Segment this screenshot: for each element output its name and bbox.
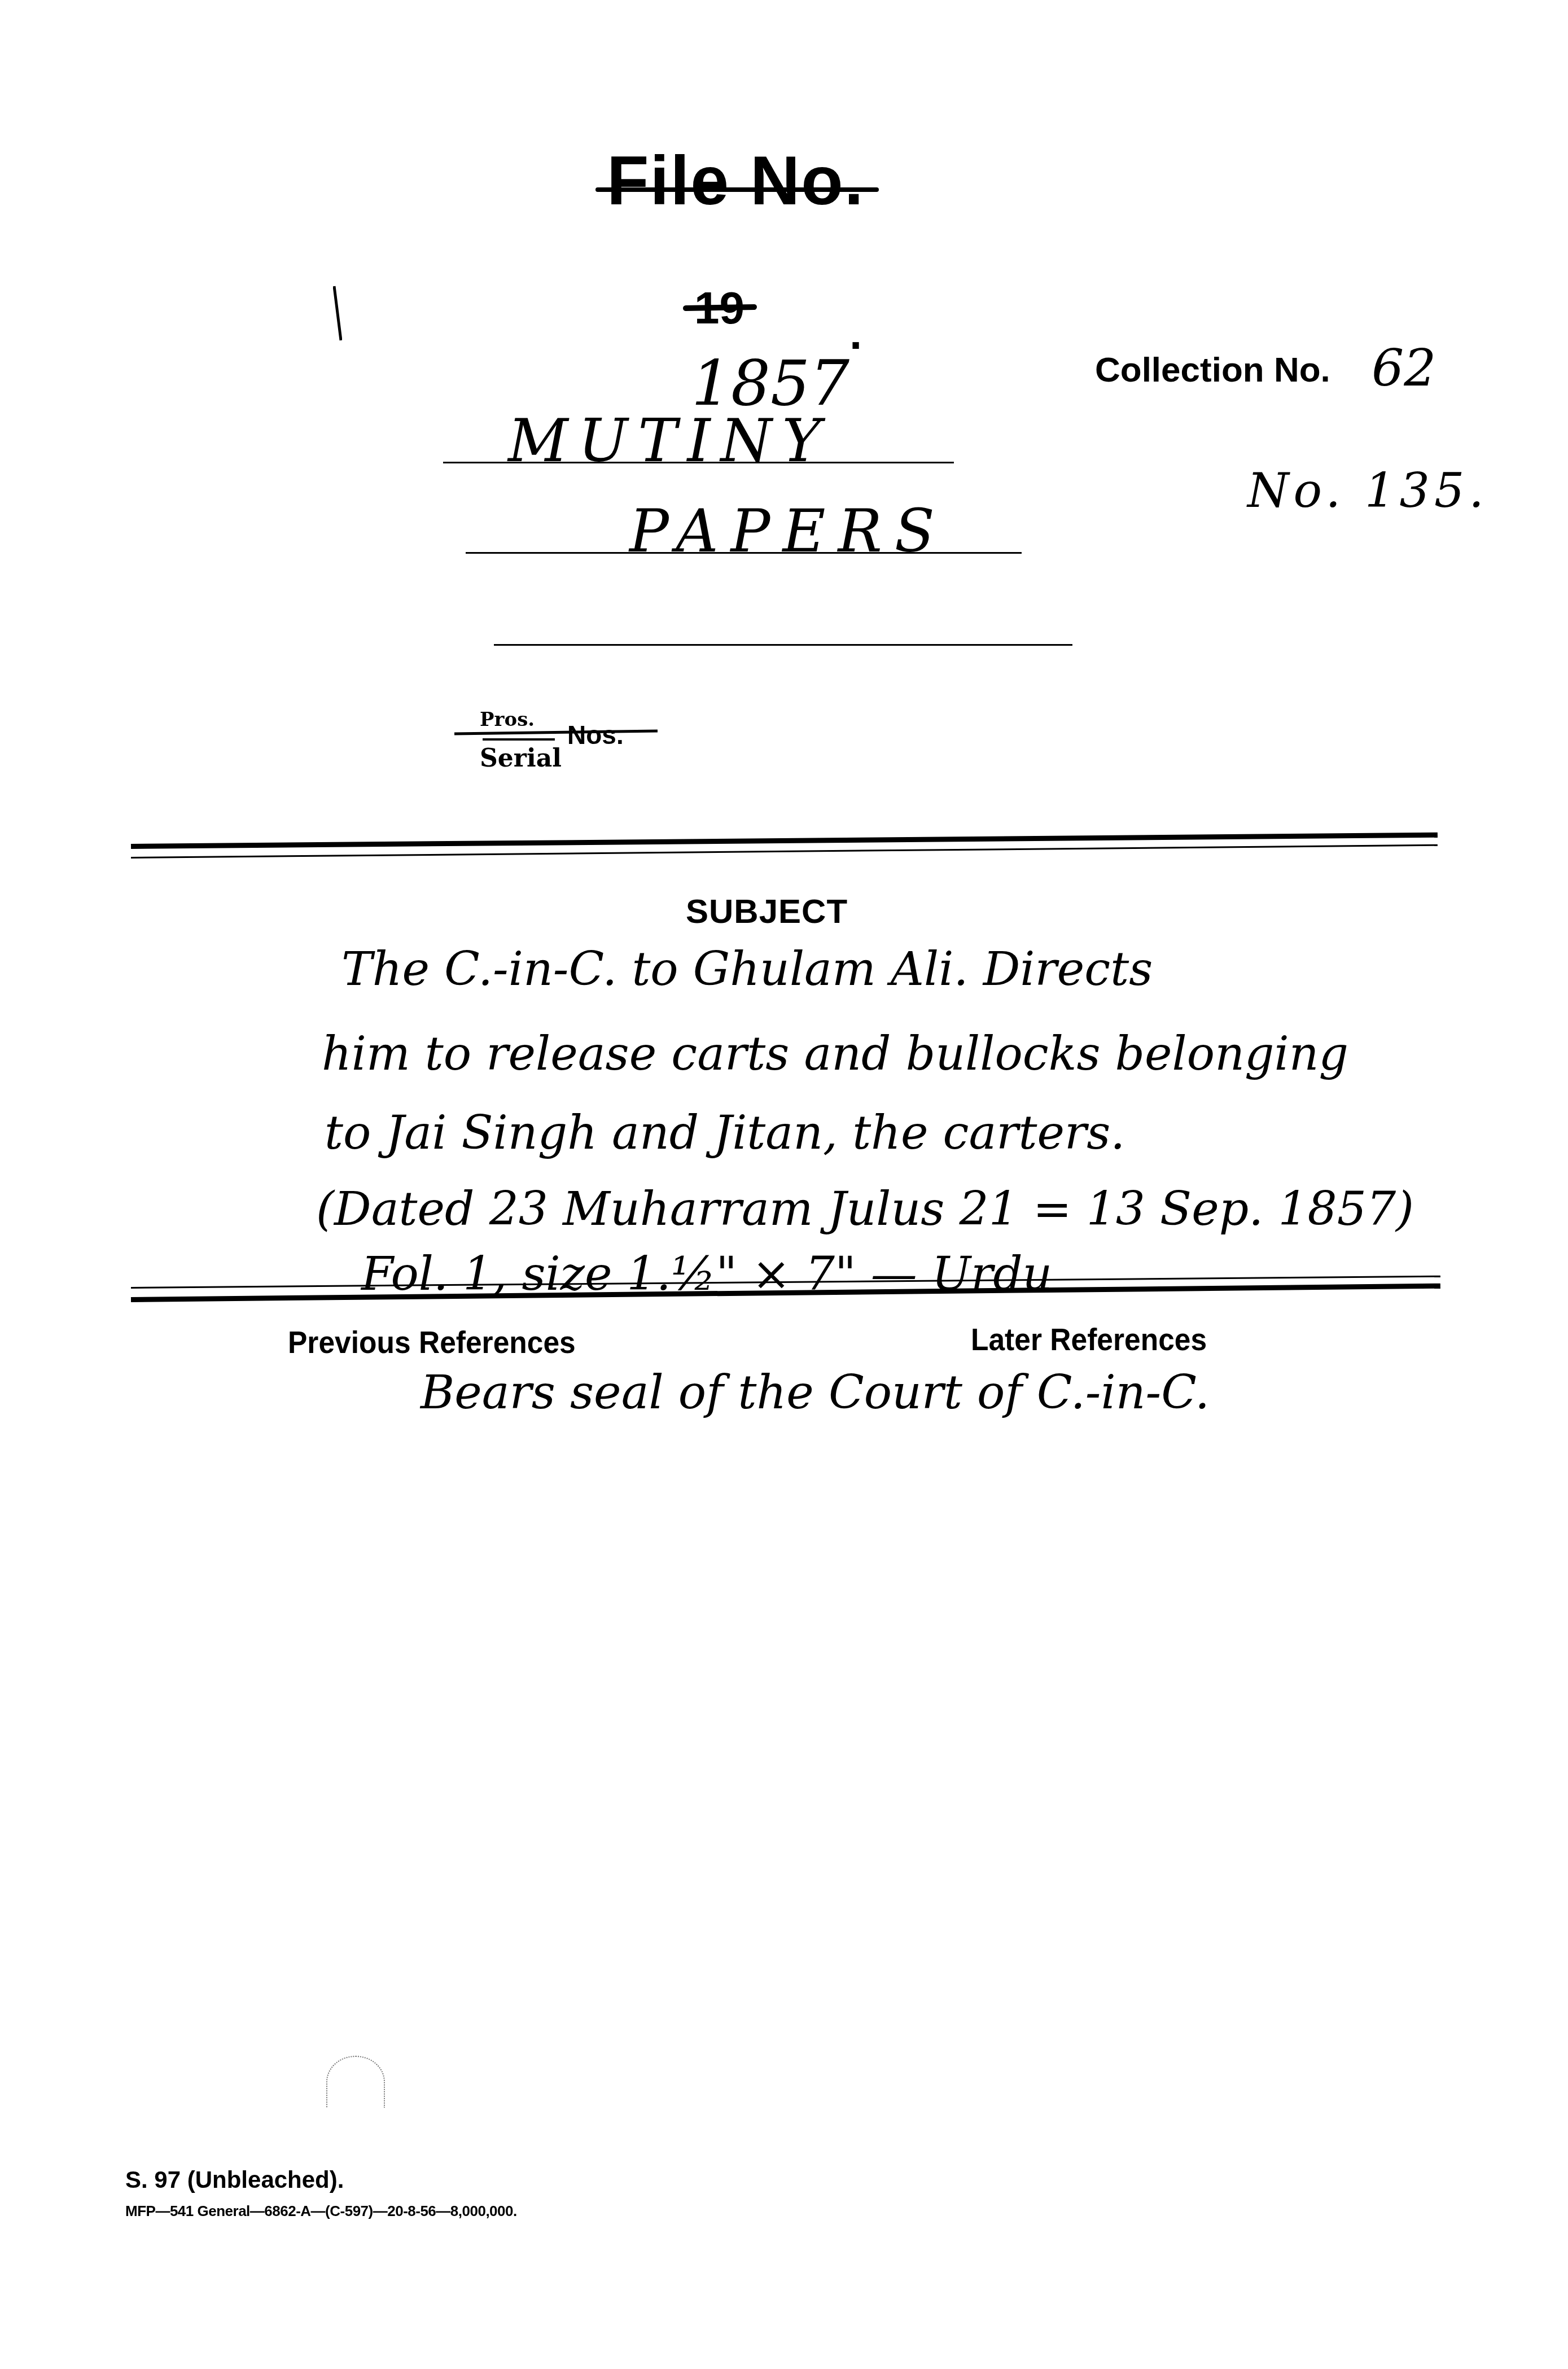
title-underline-1 <box>443 462 954 463</box>
later-references-label: Later References <box>971 1321 1207 1358</box>
previous-references-label: Previous References <box>288 1324 576 1360</box>
old-file-number: 19 <box>694 282 744 334</box>
pros-label: Pros. <box>480 708 535 731</box>
item-reference-number: No. 135. <box>1247 463 1488 518</box>
strike-through-line <box>595 187 879 192</box>
strike-through-line <box>683 304 757 311</box>
form-number: S. 97 (Unbleached). <box>125 2166 344 2193</box>
file-no-label: File No. <box>607 141 865 220</box>
collection-number: 62 <box>1372 339 1436 398</box>
title-line-papers: PAPERS <box>629 497 947 566</box>
faint-seal-mark <box>326 2056 385 2108</box>
nos-label: Nos. <box>567 720 624 750</box>
seal-remark: Bears seal of the Court of C.-in-C. <box>421 1366 1210 1420</box>
printer-imprint: MFP—541 General—6862-A—(C-597)—20-8-56—8… <box>125 2202 517 2220</box>
subject-line: to Jai Singh and Jitan, the carters. <box>325 1106 1125 1160</box>
file-no-text: File No. <box>607 142 865 219</box>
old-number-dot: . <box>849 308 862 360</box>
title-underline-2 <box>466 552 1022 554</box>
collection-label: Collection No. <box>1095 350 1330 390</box>
title-line-mutiny: MUTINY <box>508 406 831 475</box>
subject-heading: SUBJECT <box>686 892 848 931</box>
fraction-bar <box>483 738 555 741</box>
margin-slash-mark <box>333 285 342 341</box>
subject-line: him to release carts and bullocks belong… <box>322 1027 1348 1081</box>
serial-label: Serial <box>480 744 562 773</box>
title-underline-3 <box>494 644 1072 646</box>
subject-line: The C.-in-C. to Ghulam Ali. Directs <box>341 943 1153 996</box>
subject-line: (Dated 23 Muharram Julus 21 = 13 Sep. 18… <box>316 1183 1414 1236</box>
